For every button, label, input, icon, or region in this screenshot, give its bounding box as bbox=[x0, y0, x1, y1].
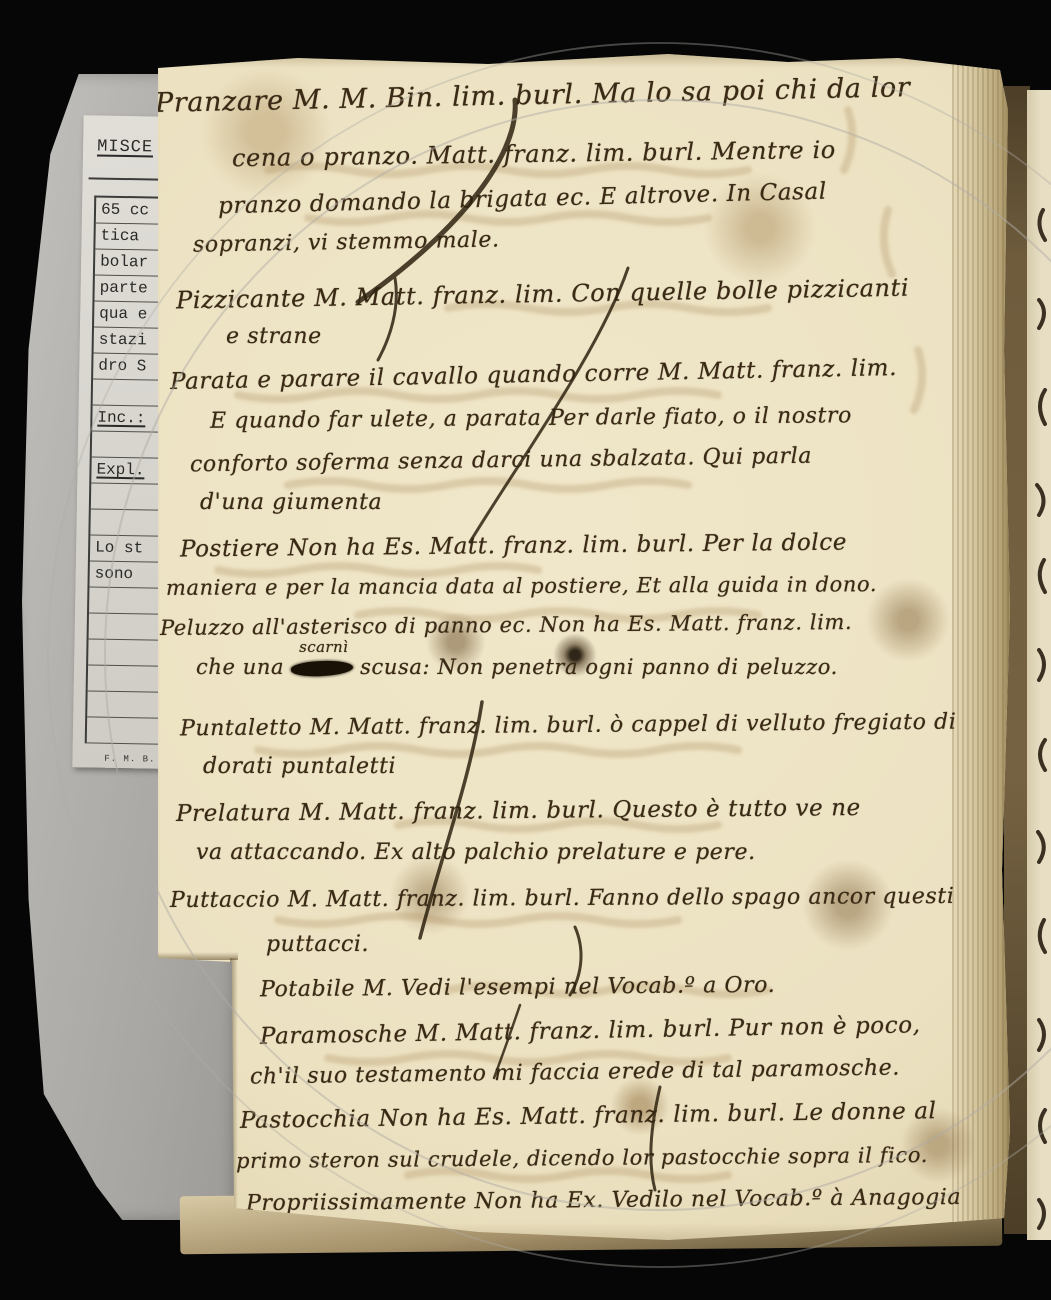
entry-pizzicante: Pizzicante M. Matt. franz. lim. Con quel… bbox=[176, 274, 910, 315]
catalog-slip: MISCE 65 cc tica bolar parte qua e stazi… bbox=[72, 115, 171, 768]
interlinear-correction: scarnì bbox=[299, 638, 348, 656]
entry-line: ch'il suo testamento mi faccia erede di … bbox=[250, 1055, 900, 1089]
entry-peluzzo: Peluzzo all'asterisco di panno ec. Non h… bbox=[160, 610, 852, 640]
line-pre-text: che una bbox=[196, 655, 284, 679]
slip-row bbox=[90, 509, 166, 536]
ink-blot bbox=[291, 659, 354, 677]
slip-row-incipit: Inc.: bbox=[92, 405, 168, 432]
entry-line: cena o pranzo. Matt. franz. lim. burl. M… bbox=[232, 136, 836, 172]
entry-propriissimamente: Propriissimamente Non ha Ex. Vedilo nel … bbox=[246, 1185, 961, 1216]
slip-row bbox=[93, 379, 169, 406]
entry-puntaletto: Puntaletto M. Matt. franz. lim. burl. ò … bbox=[180, 710, 957, 742]
slip-row bbox=[89, 613, 165, 640]
page-top-shadow bbox=[148, 50, 1014, 68]
entry-parata: Parata e parare il cavallo quando corre … bbox=[170, 355, 897, 395]
crossed-out-word: scarnì bbox=[291, 655, 353, 679]
entry-line: dorati puntaletti bbox=[203, 754, 396, 779]
entry-puttaccio: Puttaccio M. Matt. franz. lim. burl. Fan… bbox=[170, 884, 955, 913]
photograph-of-manuscript: { "colors": { "background": "#060606", "… bbox=[0, 0, 1051, 1300]
slip-row bbox=[87, 717, 163, 744]
entry-potabile: Potabile M. Vedi l'esempi nel Vocab.º a … bbox=[260, 973, 775, 1002]
entry-line: primo steron sul crudele, dicendo lor pa… bbox=[236, 1143, 928, 1173]
manuscript-page: Pranzare M. M. Bin. lim. burl. Ma lo sa … bbox=[148, 50, 1014, 1265]
slip-row-explicit: Expl. bbox=[91, 457, 167, 484]
entry-line: pranzo domando la brigata ec. E altrove.… bbox=[218, 179, 827, 220]
entry-line: puttacci. bbox=[266, 932, 369, 957]
entry-line: E quando far ulete, a parata Per darle f… bbox=[210, 403, 852, 434]
page-deckle-edge bbox=[952, 50, 1014, 1265]
line-post-text: scusa: Non penetra ogni panno di peluzzo… bbox=[360, 655, 838, 679]
entry-line: e strane bbox=[226, 324, 322, 349]
slip-row bbox=[89, 587, 165, 614]
slip-rule bbox=[89, 177, 167, 180]
facing-page-ink-marks bbox=[1027, 90, 1051, 1240]
entry-pastocchia: Pastocchia Non ha Es. Matt. franz. lim. … bbox=[240, 1098, 937, 1134]
slip-row bbox=[88, 639, 164, 666]
slip-footer-initials: F. M. B. bbox=[104, 754, 155, 765]
slip-row bbox=[87, 691, 163, 718]
entry-line: conforto soferma senza darci una sbalzat… bbox=[190, 444, 812, 478]
entry-prelatura: Prelatura M. Matt. franz. lim. burl. Que… bbox=[176, 795, 861, 827]
slip-row bbox=[92, 431, 168, 458]
entry-line: d'una giumenta bbox=[200, 490, 382, 515]
slip-header: MISCE bbox=[97, 138, 153, 158]
entry-pranzare: Pranzare M. M. Bin. lim. burl. Ma lo sa … bbox=[155, 72, 911, 119]
slip-row bbox=[88, 665, 164, 692]
slip-row: sono bbox=[89, 561, 165, 588]
entry-line: maniera e per la mancia data al postiere… bbox=[166, 572, 877, 600]
entry-paramosche: Paramosche M. Matt. franz. lim. burl. Pu… bbox=[260, 1012, 921, 1050]
entry-line-with-correction: che unascarnìscusa: Non penetra ogni pan… bbox=[196, 655, 838, 679]
slip-row bbox=[91, 483, 167, 510]
entry-postiere: Postiere Non ha Es. Matt. franz. lim. bu… bbox=[180, 530, 847, 563]
slip-row: Lo st bbox=[90, 535, 166, 562]
entry-line: va attaccando. Ex alto palchio prelature… bbox=[196, 840, 756, 865]
entry-line: sopranzi, vi stemmo male. bbox=[193, 227, 500, 257]
facing-page-sliver bbox=[1027, 90, 1051, 1240]
